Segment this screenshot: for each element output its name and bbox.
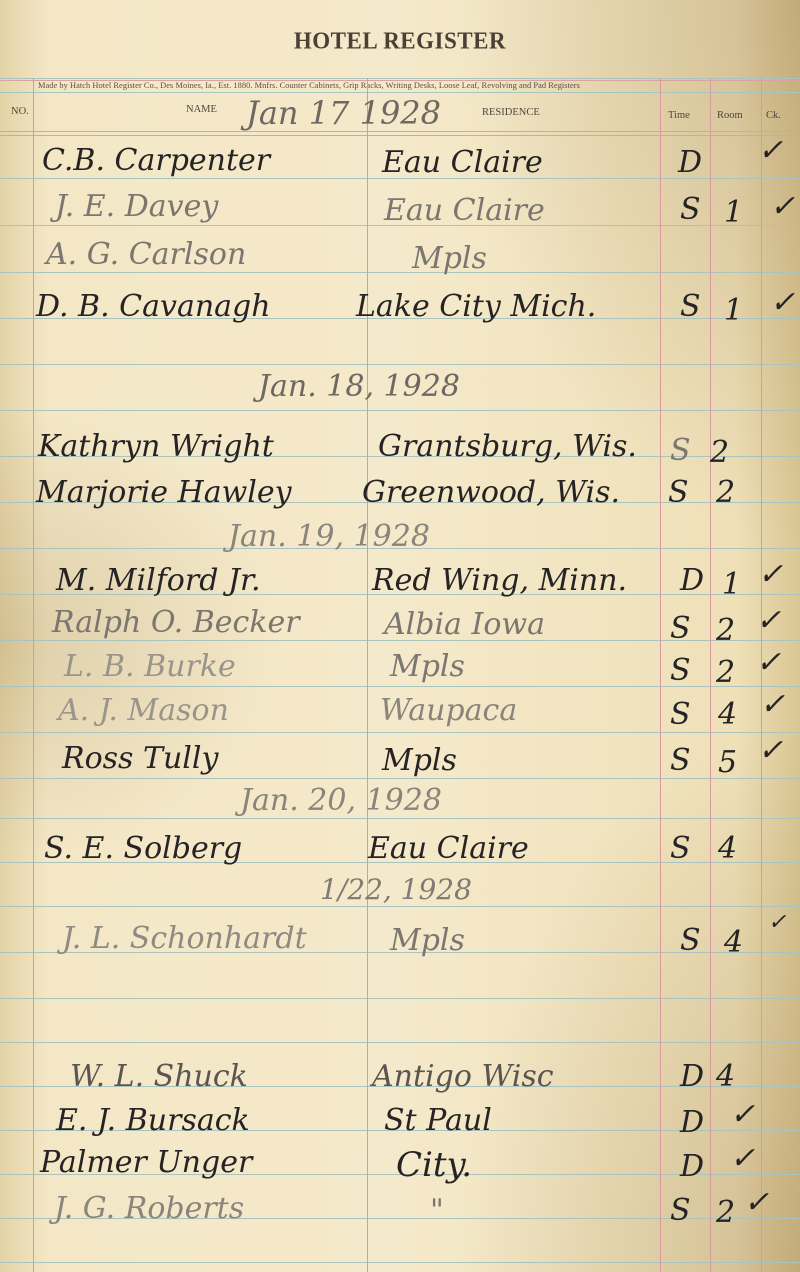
guest-residence: Greenwood, Wis. [362, 478, 620, 508]
guest-residence: Mpls [390, 652, 465, 682]
guest-time: D [680, 566, 704, 596]
guest-check: ✓ [756, 606, 781, 636]
guest-residence: Eau Claire [382, 148, 543, 178]
column-header-no: NO. [11, 106, 29, 117]
guest-check: ✓ [756, 648, 781, 678]
guest-residence: Eau Claire [384, 196, 545, 226]
guest-check: ✓ [768, 912, 786, 934]
date-heading: Jan. 20, 1928 [240, 786, 442, 816]
guest-name: M. Milford Jr. [56, 566, 261, 596]
rule-line [0, 906, 800, 907]
guest-time: S [670, 656, 691, 686]
guest-residence: Albia Iowa [384, 610, 545, 640]
guest-check: ✓ [730, 1100, 755, 1130]
guest-name: Marjorie Hawley [36, 478, 292, 508]
column-header-time: Time [668, 110, 690, 121]
guest-room: 4 [718, 700, 737, 730]
guest-check: ✓ [758, 736, 783, 766]
guest-room: 2 [716, 1198, 735, 1228]
guest-time: D [678, 148, 702, 178]
guest-name: Ross Tully [62, 744, 218, 774]
guest-residence: Antigo Wisc [372, 1062, 554, 1092]
column-header-ck: Ck. [766, 110, 781, 121]
guest-residence: Mpls [382, 746, 457, 776]
guest-room: 1 [724, 198, 743, 228]
printer-imprint: Made by Hatch Hotel Register Co., Des Mo… [38, 81, 580, 90]
guest-name: Ralph O. Becker [52, 608, 300, 638]
guest-room: 1 [724, 296, 743, 326]
guest-check: ✓ [730, 1144, 755, 1174]
rule-line [0, 410, 800, 411]
guest-room: 2 [716, 616, 735, 646]
guest-time: S [670, 436, 691, 466]
guest-time: D [680, 1152, 704, 1182]
guest-residence: Lake City Mich. [356, 292, 596, 322]
guest-name: A. G. Carlson [46, 240, 246, 270]
guest-time: S [670, 700, 691, 730]
guest-name: C.B. Carpenter [42, 146, 270, 176]
guest-time: S [670, 614, 691, 644]
guest-time: S [670, 1196, 691, 1226]
guest-check: ✓ [758, 560, 783, 590]
guest-name: A. J. Mason [58, 696, 229, 726]
guest-time: S [680, 292, 701, 322]
column-header-residence: RESIDENCE [482, 107, 540, 118]
date-heading: 1/22, 1928 [320, 876, 472, 904]
guest-residence: Eau Claire [368, 834, 529, 864]
rule-line [0, 78, 800, 79]
guest-time: S [670, 834, 691, 864]
guest-check: ✓ [770, 288, 795, 318]
guest-residence: Waupaca [380, 696, 517, 726]
date-heading: Jan. 18, 1928 [258, 372, 460, 402]
guest-name: W. L. Shuck [70, 1062, 248, 1092]
rule-line [0, 1262, 800, 1263]
guest-time: D [680, 1062, 704, 1092]
rule-line [0, 818, 800, 819]
column-rule [367, 78, 368, 1272]
column-rule [660, 78, 661, 1272]
rule-line [0, 92, 800, 93]
rule-line [0, 778, 800, 779]
guest-name: Palmer Unger [40, 1148, 252, 1178]
guest-residence: St Paul [384, 1106, 492, 1136]
guest-residence: " [430, 1196, 444, 1226]
guest-room: 2 [710, 438, 729, 468]
column-rule [33, 78, 34, 1272]
guest-name: J. G. Roberts [54, 1194, 244, 1224]
guest-room: 2 [716, 658, 735, 688]
guest-name: Kathryn Wright [38, 432, 274, 462]
guest-room: 2 [716, 478, 735, 508]
guest-name: E. J. Bursack [56, 1106, 250, 1136]
guest-time: S [670, 746, 691, 776]
guest-name: D. B. Cavanagh [36, 292, 271, 322]
rule-line [0, 135, 800, 136]
guest-time: S [680, 926, 701, 956]
rule-line [0, 272, 800, 273]
guest-time: D [680, 1108, 704, 1138]
guest-room: 4 [718, 834, 737, 864]
guest-residence: Mpls [412, 244, 487, 274]
guest-check: ✓ [744, 1188, 769, 1218]
column-header-name: NAME [186, 104, 217, 115]
guest-residence: Mpls [390, 926, 465, 956]
column-header-room: Room [717, 110, 743, 121]
guest-time: S [680, 195, 701, 225]
guest-check: ✓ [760, 690, 785, 720]
guest-time: S [668, 478, 689, 508]
guest-residence: Grantsburg, Wis. [378, 432, 637, 462]
guest-check: ✓ [758, 136, 783, 166]
rule-line [0, 1042, 800, 1043]
guest-name: J. E. Davey [55, 192, 218, 222]
guest-residence: City. [396, 1148, 472, 1182]
page-title: HOTEL REGISTER [0, 27, 800, 54]
guest-name: S. E. Solberg [44, 834, 242, 864]
date-heading: Jan 17 1928 [246, 97, 441, 129]
rule-line [0, 998, 800, 999]
guest-room: 1 [722, 570, 741, 600]
rule-line [0, 732, 800, 733]
guest-name: J. L. Schonhardt [62, 924, 307, 954]
guest-room: 4 [716, 1062, 735, 1092]
guest-room: 4 [724, 928, 743, 958]
rule-line [0, 364, 800, 365]
guest-check: ✓ [770, 192, 795, 222]
guest-name: L. B. Burke [64, 652, 236, 682]
guest-residence: Red Wing, Minn. [372, 566, 627, 596]
guest-room: 5 [718, 748, 737, 778]
date-heading: Jan. 19, 1928 [228, 522, 430, 552]
register-page: HOTEL REGISTER Made by Hatch Hotel Regis… [0, 0, 800, 1272]
column-rule [710, 78, 711, 1272]
